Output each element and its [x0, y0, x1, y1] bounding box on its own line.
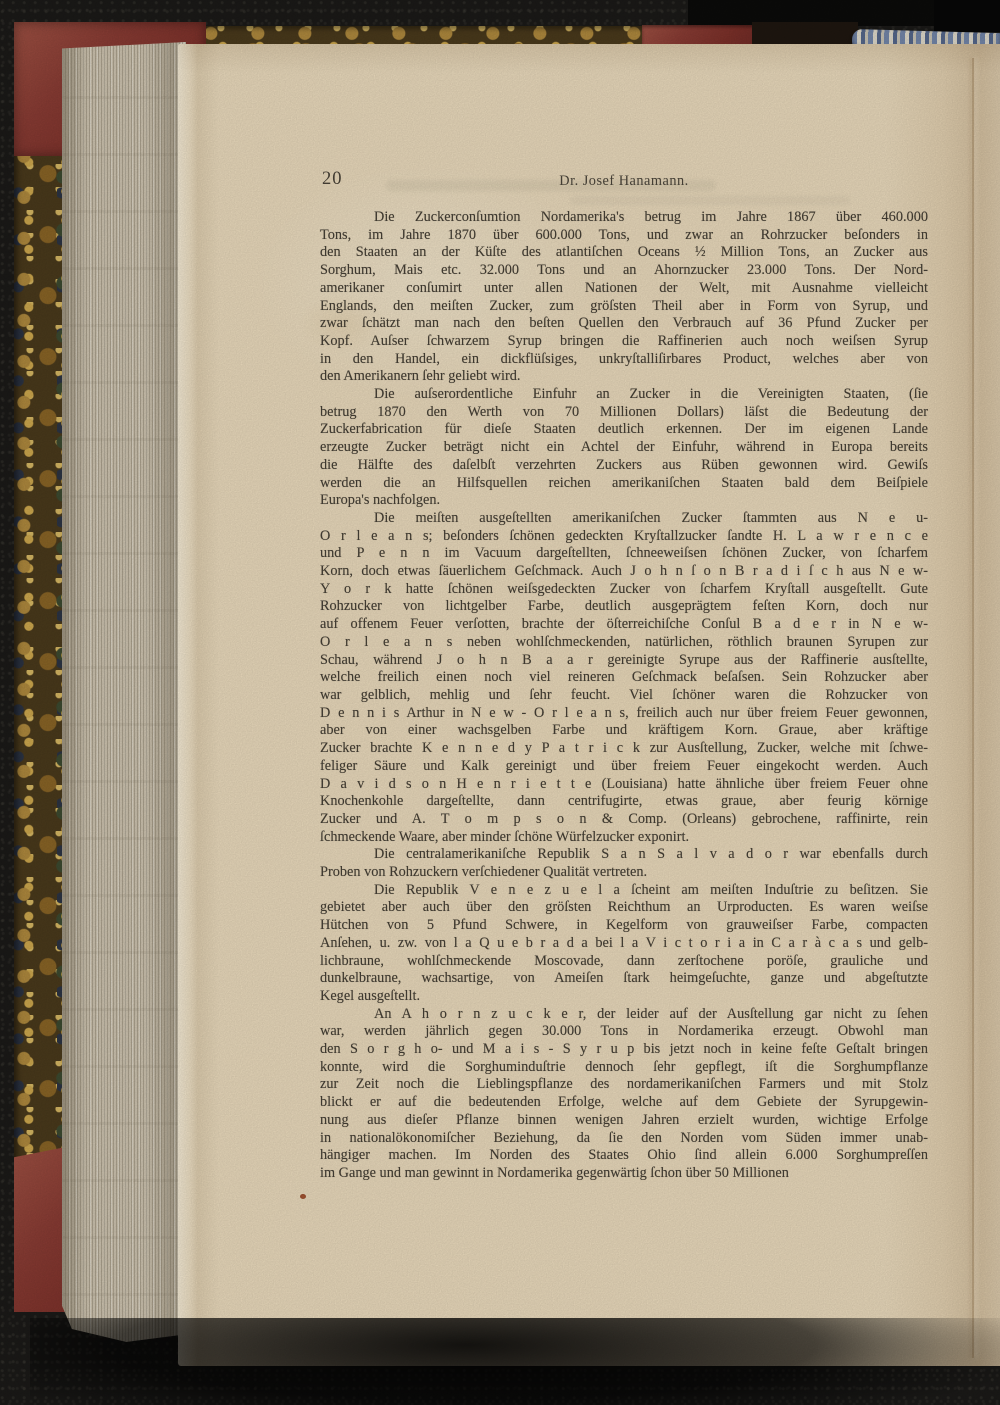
text-line: O r l e a n s; beſonders ſchönen gedeckt… — [320, 528, 928, 546]
text-line: welche freilich einen noch viel reineren… — [320, 669, 928, 687]
book-cover-marbled-left — [14, 26, 68, 1304]
gutter-crease — [972, 58, 974, 1358]
text-line: war gelblich, mehlig und ſehr feucht. Vi… — [320, 687, 928, 705]
text-line: war, werden jährlich gegen 30.000 Tons i… — [320, 1023, 928, 1041]
text-line: den Staaten an der Küſte des atlantiſche… — [320, 244, 928, 262]
text-line: aber von einer wachsgelben Farbe und krä… — [320, 722, 928, 740]
background-dark-corner — [934, 0, 1000, 32]
text-line: Anſehen, u. zw. von l a Q u e b r a d a … — [320, 935, 928, 953]
text-line: Kopf. Auſser ſchwarzem Syrup bringen die… — [320, 333, 928, 351]
text-line: Schau, während J o h n B a a r gereinigt… — [320, 652, 928, 670]
text-line: Die auſserordentliche Einfuhr an Zucker … — [320, 386, 928, 404]
paragraph: Die Zuckerconſumtion Nordamerika's betru… — [320, 209, 928, 386]
text-line: Rohzucker von lichtgelber Farbe, deutlic… — [320, 598, 928, 616]
scanned-book-photo: { "document": { "type": "scanned-book-pa… — [0, 0, 1000, 1405]
text-block: Die Zuckerconſumtion Nordamerika's betru… — [320, 209, 928, 1183]
text-line: Proben von Rohzuckern verſchiedener Qual… — [320, 864, 928, 882]
text-line: Zuckerfabrication für dieſe Staaten deut… — [320, 421, 928, 439]
text-line: Hütchen von 5 Pfund Schwere, in Kegelfor… — [320, 917, 928, 935]
running-header: Dr. Josef Hanamann. — [320, 173, 928, 190]
text-line: Die Zuckerconſumtion Nordamerika's betru… — [320, 209, 928, 227]
paragraph: Die centralamerikaniſche Republik S a n … — [320, 846, 928, 881]
text-line: den Amerikanern ſehr geliebt wird. — [320, 368, 928, 386]
text-line: blickt er auf die bedeutenden Erfolge, w… — [320, 1094, 928, 1112]
text-line: auf offenem Feuer verſotten, brachte der… — [320, 616, 928, 634]
text-line: D e n n i s Arthur in N e w - O r l e a … — [320, 705, 928, 723]
paragraph: Die auſserordentliche Einfuhr an Zucker … — [320, 386, 928, 510]
text-line: Sorghum, Mais etc. 32.000 Tons und an Ah… — [320, 262, 928, 280]
text-line: dunkelbraune, wachsartige, von Ameiſen ſ… — [320, 970, 928, 988]
page-edges-stack — [62, 42, 186, 1342]
text-line: zwar ſchätzt man nach den beſten Quellen… — [320, 315, 928, 333]
text-line: D a v i d s o n H e n r i e t t e (Louis… — [320, 776, 928, 794]
text-line: im Gange und man gewinnt in Nordamerika … — [320, 1165, 928, 1183]
text-line: werden die an Hilfsquellen reichen ameri… — [320, 475, 928, 493]
text-line: die Hälfte des daſelbſt verzehrten Zucke… — [320, 457, 928, 475]
paragraph: Die Republik V e n e z u e l a ſcheint a… — [320, 882, 928, 1006]
text-line: betrug 1870 den Werth von 70 Millionen D… — [320, 404, 928, 422]
text-line: gebietet aber auch über den gröſsten Rei… — [320, 899, 928, 917]
text-line: Kegel ausgeſtellt. — [320, 988, 928, 1006]
text-line: in nationalökonomiſcher Beziehung, da ſi… — [320, 1130, 928, 1148]
text-line: Zucker und A. T o m p s o n & Comp. (Orl… — [320, 811, 928, 829]
text-line: Zucker brachte K e n n e d y P a t r i c… — [320, 740, 928, 758]
paragraph: Die meiſten ausgeſtellten amerikaniſchen… — [320, 510, 928, 846]
ink-speck — [300, 1194, 306, 1199]
text-line: Englands, den meiſten Zucker, zum gröſst… — [320, 298, 928, 316]
text-line: und P e n n im Vacuum dargeſtellten, ſch… — [320, 545, 928, 563]
text-line: Die centralamerikaniſche Republik S a n … — [320, 846, 928, 864]
paragraph: An A h o r n z u c k e r, der leider auf… — [320, 1006, 928, 1183]
text-line: zur Zeit noch die Lieblingspflanze des n… — [320, 1076, 928, 1094]
text-line: ſchmeckende Waare, aber minder ſchöne Wü… — [320, 829, 928, 847]
text-line: O r l e a n s neben wohlſchmeckenden, na… — [320, 634, 928, 652]
text-line: amerikaner conſumirt unter allen Natione… — [320, 280, 928, 298]
text-line: Die Republik V e n e z u e l a ſcheint a… — [320, 882, 928, 900]
text-line: nung aus dieſer Pflanze binnen wenigen J… — [320, 1112, 928, 1130]
text-line: den S o r g h o- und M a i s - S y r u p… — [320, 1041, 928, 1059]
text-line: feliger Säure und Kalk gereinigt und übe… — [320, 758, 928, 776]
text-line: in den Handel, ein dickflüſsiges, unkryſ… — [320, 351, 928, 369]
text-line: Knochenkohle dargeſtellte, dann centrifu… — [320, 793, 928, 811]
text-line: An A h o r n z u c k e r, der leider auf… — [320, 1006, 928, 1024]
text-line: Y o r k hatte ſchönen weiſsgedeckten Zuc… — [320, 581, 928, 599]
text-line: Tons, im Jahre 1870 über 600.000 Tons, u… — [320, 227, 928, 245]
text-line: konnte, wird die Sorghuminduſtrie dennoc… — [320, 1059, 928, 1077]
text-line: hängiger machen. Im Norden des Staates O… — [320, 1147, 928, 1165]
text-line: erzeugte Zucker beträgt nicht ein Achtel… — [320, 439, 928, 457]
book-bottom-shadow — [30, 1318, 1000, 1405]
ink-show-through — [570, 196, 850, 205]
text-line: Korn, doch etwas ſäuerlichem Geſchmack. … — [320, 563, 928, 581]
text-line: lichbraune, wohlſchmeckende Moscovade, d… — [320, 953, 928, 971]
text-line: Die meiſten ausgeſtellten amerikaniſchen… — [320, 510, 928, 528]
text-line: Europa's nachfolgen. — [320, 492, 928, 510]
